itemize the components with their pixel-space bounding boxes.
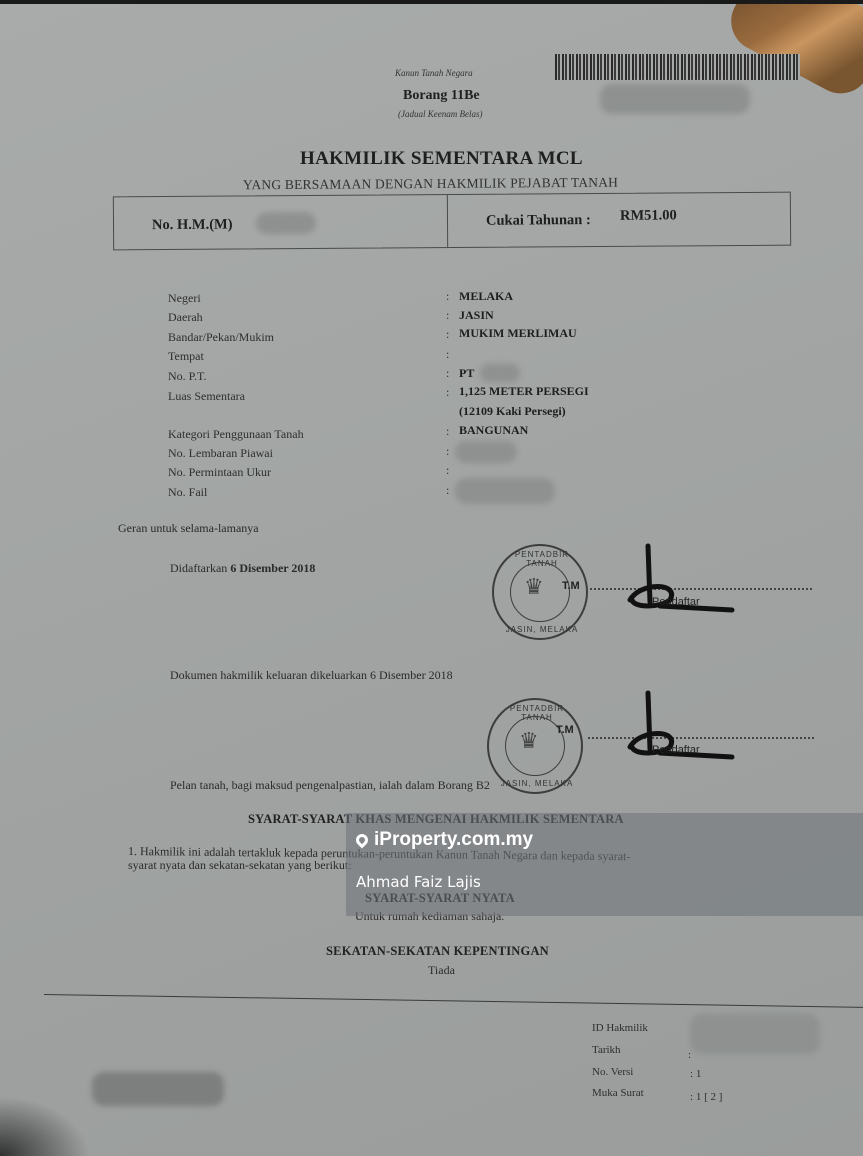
- plan-note: Pelan tanah, bagi maksud pengenalpastian…: [170, 778, 490, 793]
- stamp-initials: T.M: [556, 724, 574, 736]
- footer-version-value: : 1: [690, 1068, 701, 1080]
- watermark-brand-text: iProperty.com.my: [374, 829, 533, 850]
- field-colon: :: [446, 444, 449, 459]
- redacted-sheet-number: [455, 441, 517, 463]
- title-document-photo: Kanun Tanah Negara Borang 11Be (Jadual K…: [0, 4, 863, 1156]
- field-value-area: 1,125 METER PERSEGI: [459, 384, 589, 399]
- field-label: No. P.T.: [168, 369, 206, 384]
- field-label: No. Lembaran Piawai: [168, 446, 273, 461]
- shadow: [0, 1096, 90, 1156]
- document-subtitle: YANG BERSAMAAN DENGAN HAKMILIK PEJABAT T…: [243, 175, 618, 194]
- field-value-area-sqft: (12109 Kaki Persegi): [459, 404, 566, 419]
- field-label: Luas Sementara: [168, 389, 245, 404]
- box-divider: [447, 195, 448, 247]
- watermark-author: Ahmad Faiz Lajis: [356, 873, 481, 891]
- field-label: Tempat: [168, 349, 204, 364]
- footer-version-label: No. Versi: [592, 1066, 633, 1078]
- redacted-bottom-left: [92, 1072, 224, 1106]
- footer-colon: :: [688, 1049, 691, 1061]
- field-colon: :: [446, 327, 449, 342]
- field-value-district: JASIN: [459, 308, 494, 323]
- watermark-overlay: iProperty.com.my Ahmad Faiz Lajis: [346, 813, 863, 916]
- form-number: Borang 11Be: [403, 88, 480, 104]
- field-label: Bandar/Pekan/Mukim: [168, 330, 274, 345]
- field-colon: :: [446, 385, 449, 400]
- field-label: No. Fail: [168, 485, 207, 500]
- barcode: [555, 54, 800, 80]
- field-colon: :: [446, 289, 449, 304]
- registration-date: 6 Disember 2018: [230, 561, 315, 575]
- watermark-brand: iProperty.com.my: [356, 829, 533, 851]
- footer-page-value: : 1 [ 2 ]: [690, 1091, 722, 1103]
- location-pin-icon: [354, 832, 371, 849]
- stamp-bottom-text: JASIN, MELAKA: [495, 779, 579, 788]
- land-office-stamp: PENTADBIR TANAH ♛ JASIN, MELAKA: [492, 544, 588, 640]
- version-number: 1: [696, 1068, 702, 1080]
- annual-tax-value: RM51.00: [620, 207, 677, 224]
- field-label: Daerah: [168, 310, 203, 325]
- crest-icon: ♛: [524, 574, 544, 600]
- field-value-pt: PT: [459, 366, 474, 381]
- field-value-land-use: BANGUNAN: [459, 423, 528, 438]
- field-colon: :: [446, 424, 449, 439]
- tenure-text: Geran untuk selama-lamanya: [118, 521, 259, 536]
- registration-prefix: Didaftarkan: [170, 561, 227, 575]
- signature-label: Pendaftar: [652, 596, 700, 608]
- page-number: 1 [ 2 ]: [696, 1091, 723, 1103]
- document-title: HAKMILIK SEMENTARA MCL: [300, 148, 583, 170]
- field-colon: :: [446, 463, 449, 478]
- redacted-title-number: [256, 212, 316, 234]
- land-office-stamp: PENTADBIR TANAH ♛ JASIN, MELAKA: [487, 698, 583, 794]
- field-label: Kategori Penggunaan Tanah: [168, 427, 304, 442]
- schedule-label: (Jadual Keenam Belas): [398, 109, 482, 119]
- restrictions-heading: SEKATAN-SEKATAN KEPENTINGAN: [326, 944, 549, 959]
- crest-icon: ♛: [519, 728, 539, 754]
- signature-icon: [620, 542, 740, 622]
- redacted-pt-number: [480, 364, 520, 382]
- footer-page-label: Muka Surat: [592, 1087, 644, 1099]
- annual-tax-label: Cukai Tahunan :: [486, 212, 591, 230]
- title-number-label: No. H.M.(M): [152, 217, 233, 235]
- field-label: No. Permintaan Ukur: [168, 465, 271, 480]
- stamp-initials: T.M: [562, 580, 580, 592]
- registration-line: Didaftarkan 6 Disember 2018: [170, 561, 315, 576]
- signature-label: Pendaftar: [652, 744, 700, 756]
- restrictions-text: Tiada: [428, 963, 455, 978]
- field-value-state: MELAKA: [459, 289, 513, 304]
- field-colon: :: [446, 366, 449, 381]
- field-colon: :: [446, 308, 449, 323]
- field-value-mukim: MUKIM MERLIMAU: [459, 326, 577, 341]
- redacted-serial: [600, 84, 750, 114]
- redacted-file-number: [455, 478, 555, 504]
- act-name: Kanun Tanah Negara: [395, 68, 473, 78]
- issuance-text: Dokumen hakmilik keluaran dikeluarkan 6 …: [170, 668, 453, 683]
- field-label: Negeri: [168, 291, 201, 306]
- field-colon: :: [446, 347, 449, 362]
- field-colon: :: [446, 483, 449, 498]
- stamp-bottom-text: JASIN, MELAKA: [500, 625, 584, 634]
- signature-icon: [620, 689, 740, 769]
- footer-date-label: Tarikh: [592, 1044, 621, 1056]
- footer-id-label: ID Hakmilik: [592, 1022, 648, 1034]
- title-number-box: No. H.M.(M) Cukai Tahunan : RM51.00: [113, 192, 791, 251]
- divider-line: [44, 994, 863, 1008]
- redacted-id: [690, 1014, 820, 1054]
- condition-item-1-cont: syarat nyata dan sekatan-sekatan yang be…: [128, 858, 352, 873]
